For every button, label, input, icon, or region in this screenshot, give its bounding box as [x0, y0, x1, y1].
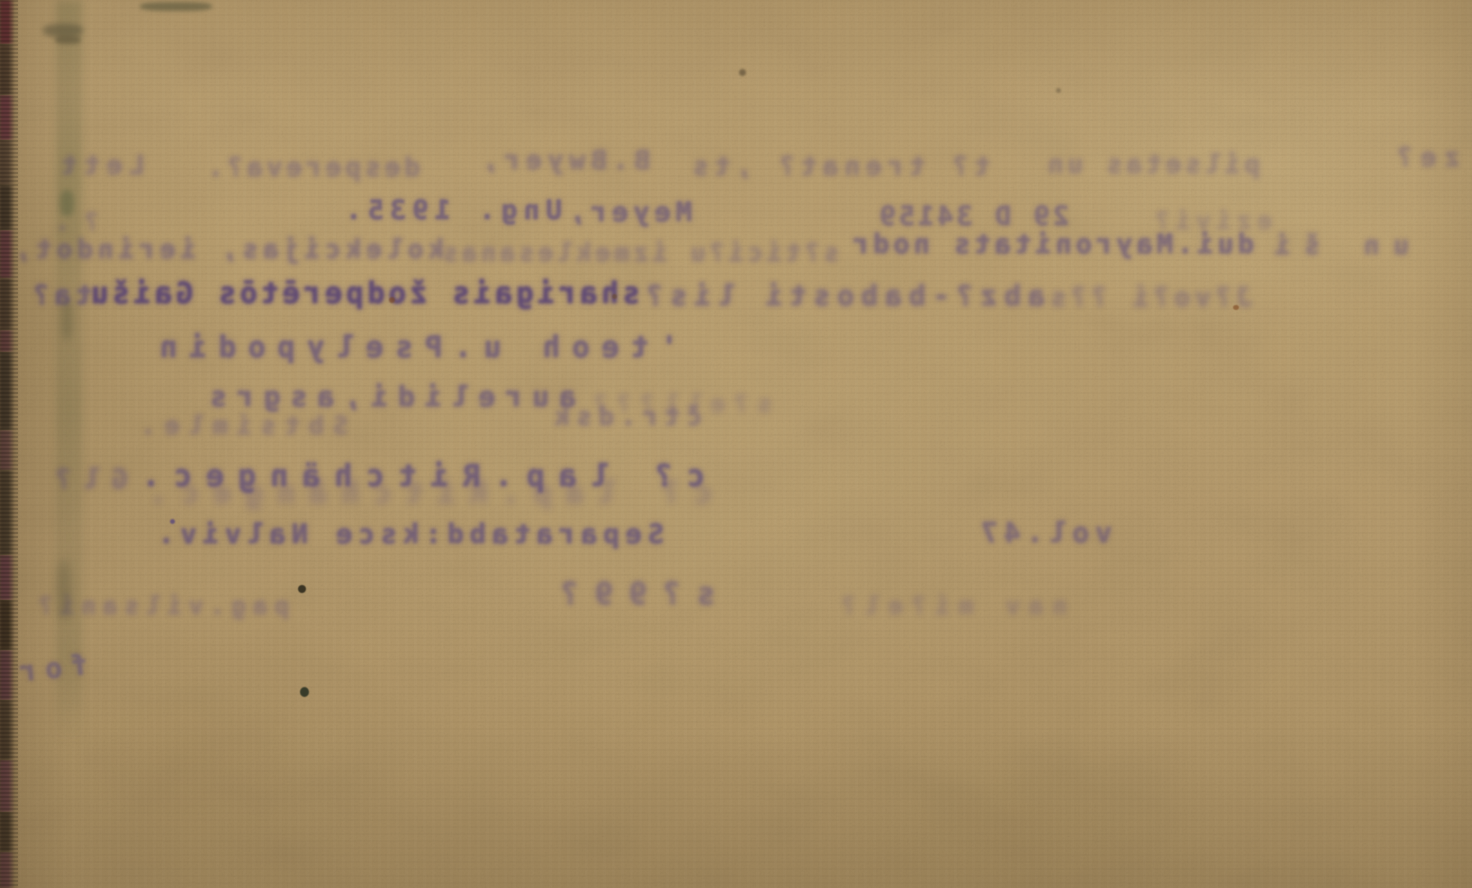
edge-binding-ribbing	[0, 0, 18, 888]
specks-layer	[0, 0, 1472, 888]
dirt-speck	[60, 190, 74, 216]
dirt-speck	[298, 585, 306, 593]
dirt-speck	[612, 294, 617, 299]
dirt-speck	[62, 300, 72, 340]
dirt-speck	[58, 560, 70, 620]
dirt-speck	[140, 2, 212, 11]
dirt-speck	[1056, 88, 1061, 93]
card-left-edge-binding	[0, 0, 20, 888]
dirt-speck	[55, 36, 81, 44]
dirt-speck	[1233, 305, 1239, 310]
dirt-speck	[739, 69, 746, 76]
dirt-speck	[300, 687, 309, 697]
scanned-card: Lettdespereva?.B.Bwyer,t? trenat? ,tspil…	[0, 0, 1472, 888]
dirt-speck	[389, 297, 395, 303]
dirt-speck	[170, 519, 175, 524]
